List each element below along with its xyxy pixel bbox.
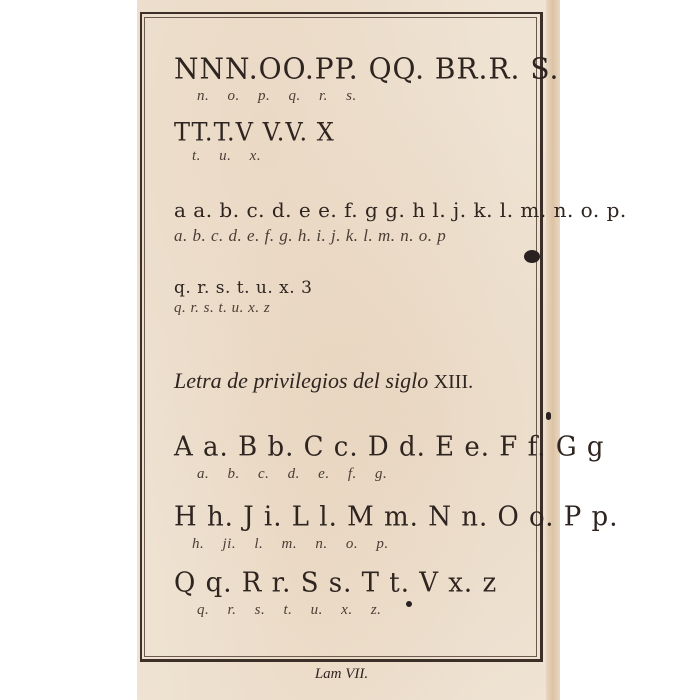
script-row-caps-t-x: TT.T.V V.V. X	[174, 117, 335, 146]
section-title-century: XIII.	[434, 371, 473, 393]
script-row-privilegios-h-p: H h. J i. L l. M m. N n. O o. P p.	[174, 501, 618, 533]
script-row-minuscule-q-z: q. r. s. t. u. x. 3	[174, 278, 312, 298]
section-title-italic: Letra de privilegios del siglo	[174, 368, 434, 393]
gloss-row-privilegios-a-g: a. b. c. d. e. f. g.	[197, 466, 387, 483]
section-title: Letra de privilegios del siglo XIII.	[174, 368, 473, 394]
gloss-row-t-x: t. u. x.	[192, 148, 261, 165]
gloss-row-q-z: q. r. s. t. u. x. z	[174, 300, 270, 317]
manuscript-page: NNN.OO.PP. QQ. BR.R. S. n. o. p. q. r. s…	[137, 0, 560, 700]
plate-label: Lam VII.	[137, 666, 546, 683]
gloss-row-privilegios-q-z: q. r. s. t. u. x. z.	[197, 602, 381, 619]
ink-blot	[524, 250, 540, 263]
border-frame-inner	[144, 17, 537, 657]
gloss-row-n-s: n. o. p. q. r. s.	[197, 88, 357, 105]
gloss-row-privilegios-h-p: h. ji. l. m. n. o. p.	[192, 536, 389, 553]
page-edge	[546, 0, 560, 700]
ink-blot-edge	[546, 412, 551, 420]
script-row-privilegios-q-z: Q q. R r. S s. T t. V x. z	[174, 567, 497, 599]
script-row-minuscule-a-p: a a. b. c. d. e e. f. g g. h l. j. k. l.…	[174, 198, 627, 222]
ink-dot	[406, 601, 412, 607]
script-row-caps-n-s: NNN.OO.PP. QQ. BR.R. S.	[174, 51, 559, 86]
script-row-privilegios-a-g: A a. B b. C c. D d. E e. F f. G g	[174, 431, 605, 463]
gloss-row-a-p: a. b. c. d. e. f. g. h. i. j. k. l. m. n…	[174, 226, 446, 246]
